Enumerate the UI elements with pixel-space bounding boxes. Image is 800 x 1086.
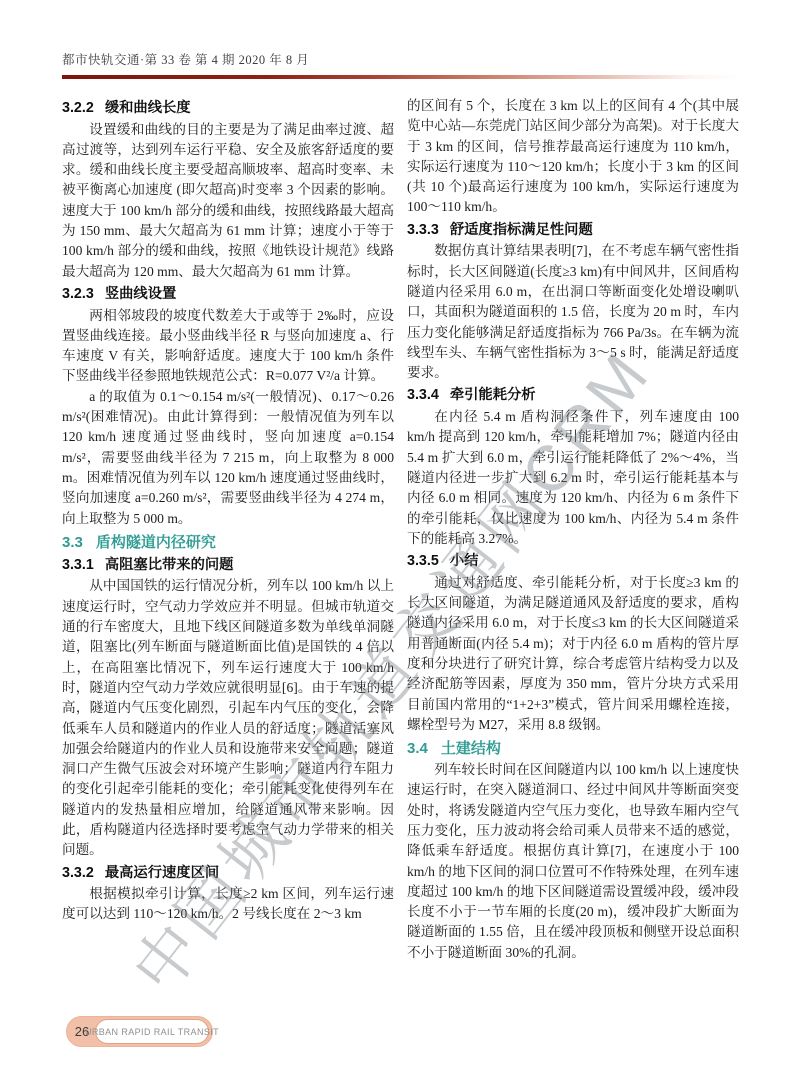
paragraph-comfort-index: 数据仿真计算结果表明[7]，在不考虑车辆气密性指标时，长大区间隧道(长度≥3 k…	[407, 241, 739, 383]
section-number: 3.3.4	[407, 387, 439, 403]
section-title: 竖曲线设置	[105, 286, 176, 302]
section-heading-3-4: 3.4土建结构	[407, 738, 739, 759]
paragraph-summary: 通过对舒适度、牵引能耗分析，对于长度≥3 km 的长大区间隧道，为满足隧道通风及…	[407, 573, 739, 735]
section-number: 3.4	[407, 740, 428, 757]
journal-name-english: URBAN RAPID RAIL TRANSIT	[95, 1019, 209, 1044]
left-column: 3.2.2缓和曲线长度 设置缓和曲线的目的主要是为了满足曲率过渡、超高过渡等，达…	[62, 96, 394, 963]
section-title: 小结	[450, 553, 479, 569]
paragraph-a-values: a 的取值为 0.1～0.154 m/s²(一般情况)、0.17～0.26 m/…	[62, 387, 394, 529]
section-heading-3-3-5: 3.3.5小结	[407, 551, 739, 572]
header-rule-divider	[62, 75, 740, 79]
section-number: 3.3.5	[407, 553, 439, 569]
section-title: 土建结构	[441, 740, 501, 757]
section-number: 3.2.2	[62, 100, 94, 116]
paragraph-blockage-ratio: 从中国国铁的运行情况分析，列车以 100 km/h 以上速度运行时，空气动力学效…	[62, 576, 394, 860]
section-number: 3.2.3	[62, 286, 94, 302]
section-heading-3-3-3: 3.3.3舒适度指标满足性问题	[407, 220, 739, 241]
section-heading-3-3-4: 3.3.4牵引能耗分析	[407, 385, 739, 406]
section-heading-3-3: 3.3盾构隧道内径研究	[62, 532, 394, 553]
paragraph-transition-curve: 设置缓和曲线的目的主要是为了满足曲率过渡、超高过渡等，达到列车运行平稳、安全及旅…	[62, 120, 394, 282]
section-heading-3-3-2: 3.3.2最高运行速度区间	[62, 863, 394, 884]
paragraph-max-speed-continued: 的区间有 5 个，长度在 3 km 以上的区间有 4 个(其中展览中心站—东莞虎…	[407, 96, 739, 218]
section-heading-3-2-2: 3.2.2缓和曲线长度	[62, 98, 394, 119]
section-title: 舒适度指标满足性问题	[450, 222, 593, 238]
journal-header-line: 都市快轨交通·第 33 卷 第 4 期 2020 年 8 月	[62, 50, 309, 68]
section-number: 3.3.2	[62, 865, 94, 881]
section-title: 最高运行速度区间	[105, 865, 219, 881]
section-number: 3.3	[62, 534, 83, 551]
article-body: 3.2.2缓和曲线长度 设置缓和曲线的目的主要是为了满足曲率过渡、超高过渡等，达…	[62, 96, 740, 963]
section-title: 牵引能耗分析	[450, 387, 536, 403]
section-heading-3-3-1: 3.3.1高阻塞比带来的问题	[62, 555, 394, 576]
footer-page-badge: 26 URBAN RAPID RAIL TRANSIT	[66, 1016, 213, 1047]
section-number: 3.3.1	[62, 557, 94, 573]
section-number: 3.3.3	[407, 222, 439, 238]
paragraph-civil-structure: 列车较长时间在区间隧道内以 100 km/h 以上速度快速运行时，在突入隧道洞口…	[407, 760, 739, 963]
paragraph-max-speed-section: 根据模拟牵引计算，长度≥2 km 区间，列车运行速度可以达到 110～120 k…	[62, 884, 394, 925]
section-heading-3-2-3: 3.2.3竖曲线设置	[62, 284, 394, 305]
section-title: 盾构隧道内径研究	[96, 534, 216, 551]
section-title: 高阻塞比带来的问题	[105, 557, 234, 573]
paragraph-traction-energy: 在内径 5.4 m 盾构洞径条件下，列车速度由 100 km/h 提高到 120…	[407, 407, 739, 549]
paragraph-vertical-curve: 两相邻坡段的坡度代数差大于或等于 2‰时，应设置竖曲线连接。最小竖曲线半径 R …	[62, 306, 394, 387]
section-title: 缓和曲线长度	[105, 100, 191, 116]
right-column: 的区间有 5 个，长度在 3 km 以上的区间有 4 个(其中展览中心站—东莞虎…	[407, 96, 739, 963]
